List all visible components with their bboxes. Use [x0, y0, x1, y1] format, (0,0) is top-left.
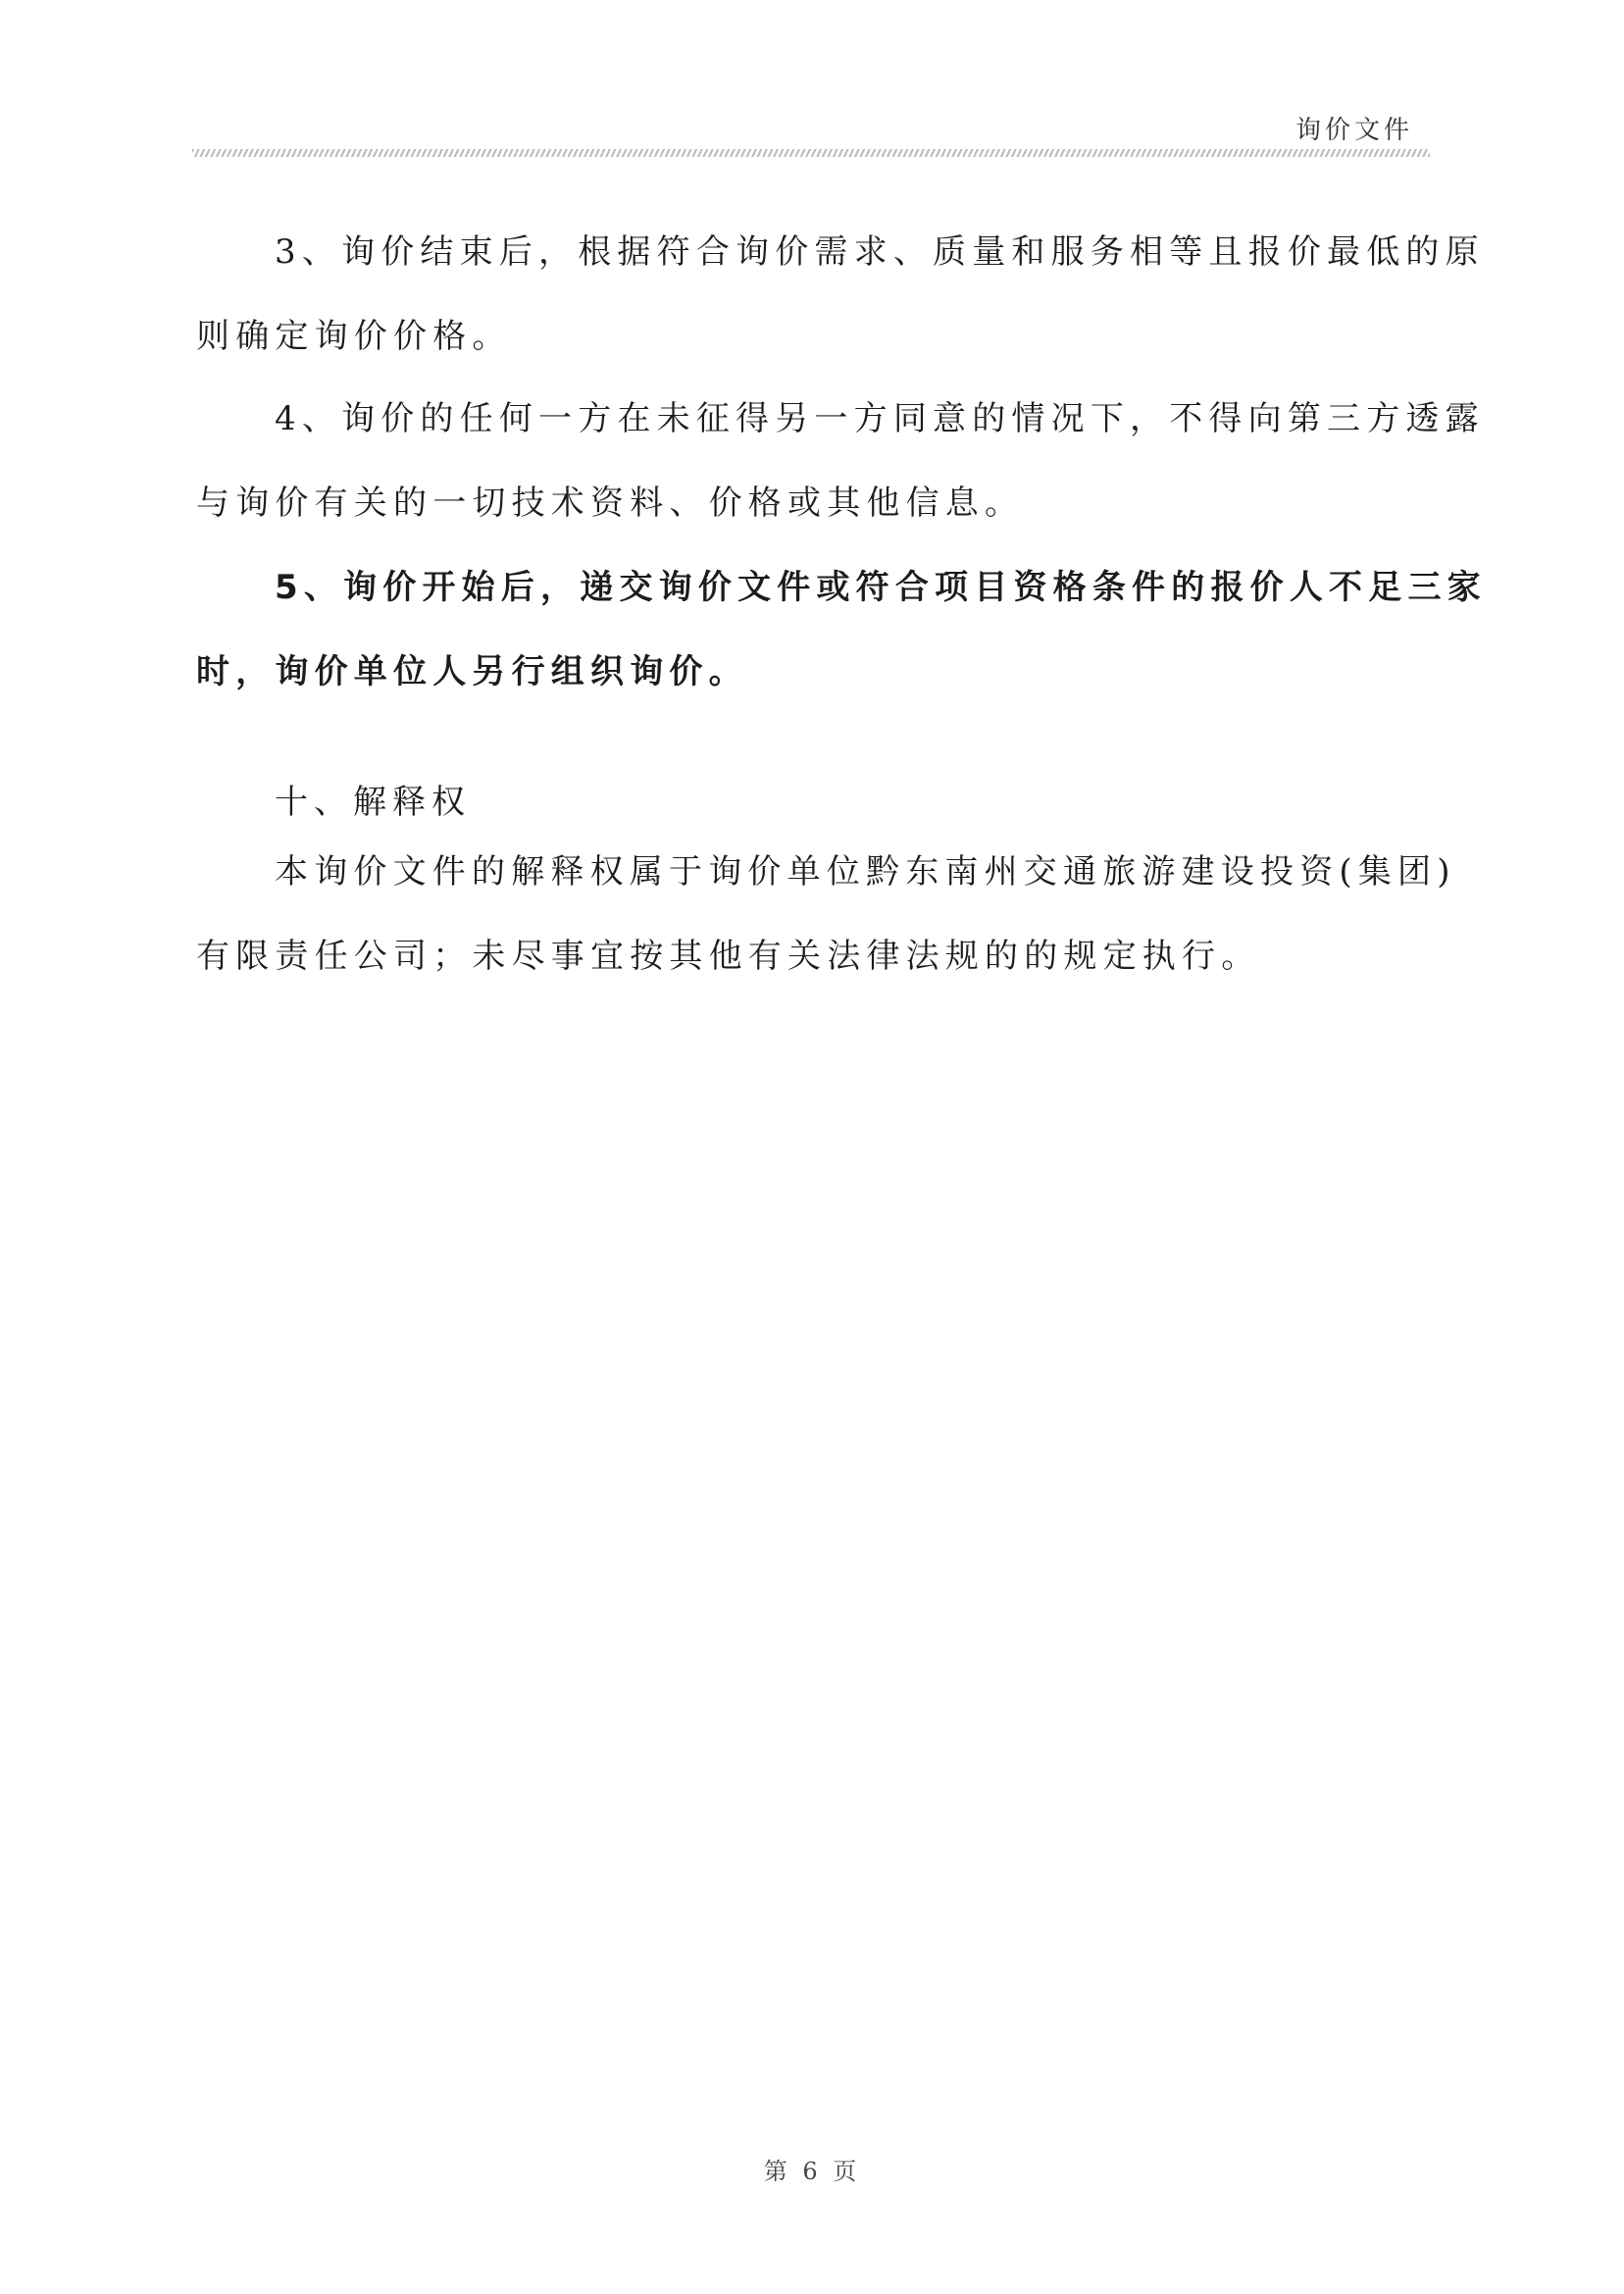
clause-5-line-2: 时，询价单位人另行组织询价。 [196, 630, 1432, 714]
header-rule-divider [192, 149, 1430, 157]
clause-5: 5、询价开始后，递交询价文件或符合项目资格条件的报价人不足三家 时，询价单位人另… [196, 545, 1432, 714]
section-10-line-2: 有限责任公司；未尽事宜按其他有关法律法规的的规定执行。 [196, 914, 1432, 998]
section-heading-interpretation: 十、解释权 [275, 775, 471, 823]
clause-4-line-1: 4、询价的任何一方在未征得另一方同意的情况下，不得向第三方透露 [196, 377, 1432, 461]
clause-3-line-1: 3、询价结束后，根据符合询价需求、质量和服务相等且报价最低的原 [196, 210, 1432, 294]
clause-5-line-1: 5、询价开始后，递交询价文件或符合项目资格条件的报价人不足三家 [196, 545, 1432, 630]
clause-3-line-2: 则确定询价价格。 [196, 294, 1432, 379]
clause-3: 3、询价结束后，根据符合询价需求、质量和服务相等且报价最低的原 则确定询价价格。 [196, 210, 1432, 379]
section-10-paragraph: 本询价文件的解释权属于询价单位黔东南州交通旅游建设投资(集团) 有限责任公司；未… [196, 830, 1432, 998]
section-10-line-1: 本询价文件的解释权属于询价单位黔东南州交通旅游建设投资(集团) [196, 830, 1432, 914]
clause-4: 4、询价的任何一方在未征得另一方同意的情况下，不得向第三方透露 与询价有关的一切… [196, 377, 1432, 545]
header-title: 询价文件 [1295, 110, 1413, 146]
page-number: 第 6 页 [0, 2152, 1624, 2186]
clause-4-line-2: 与询价有关的一切技术资料、价格或其他信息。 [196, 461, 1432, 545]
